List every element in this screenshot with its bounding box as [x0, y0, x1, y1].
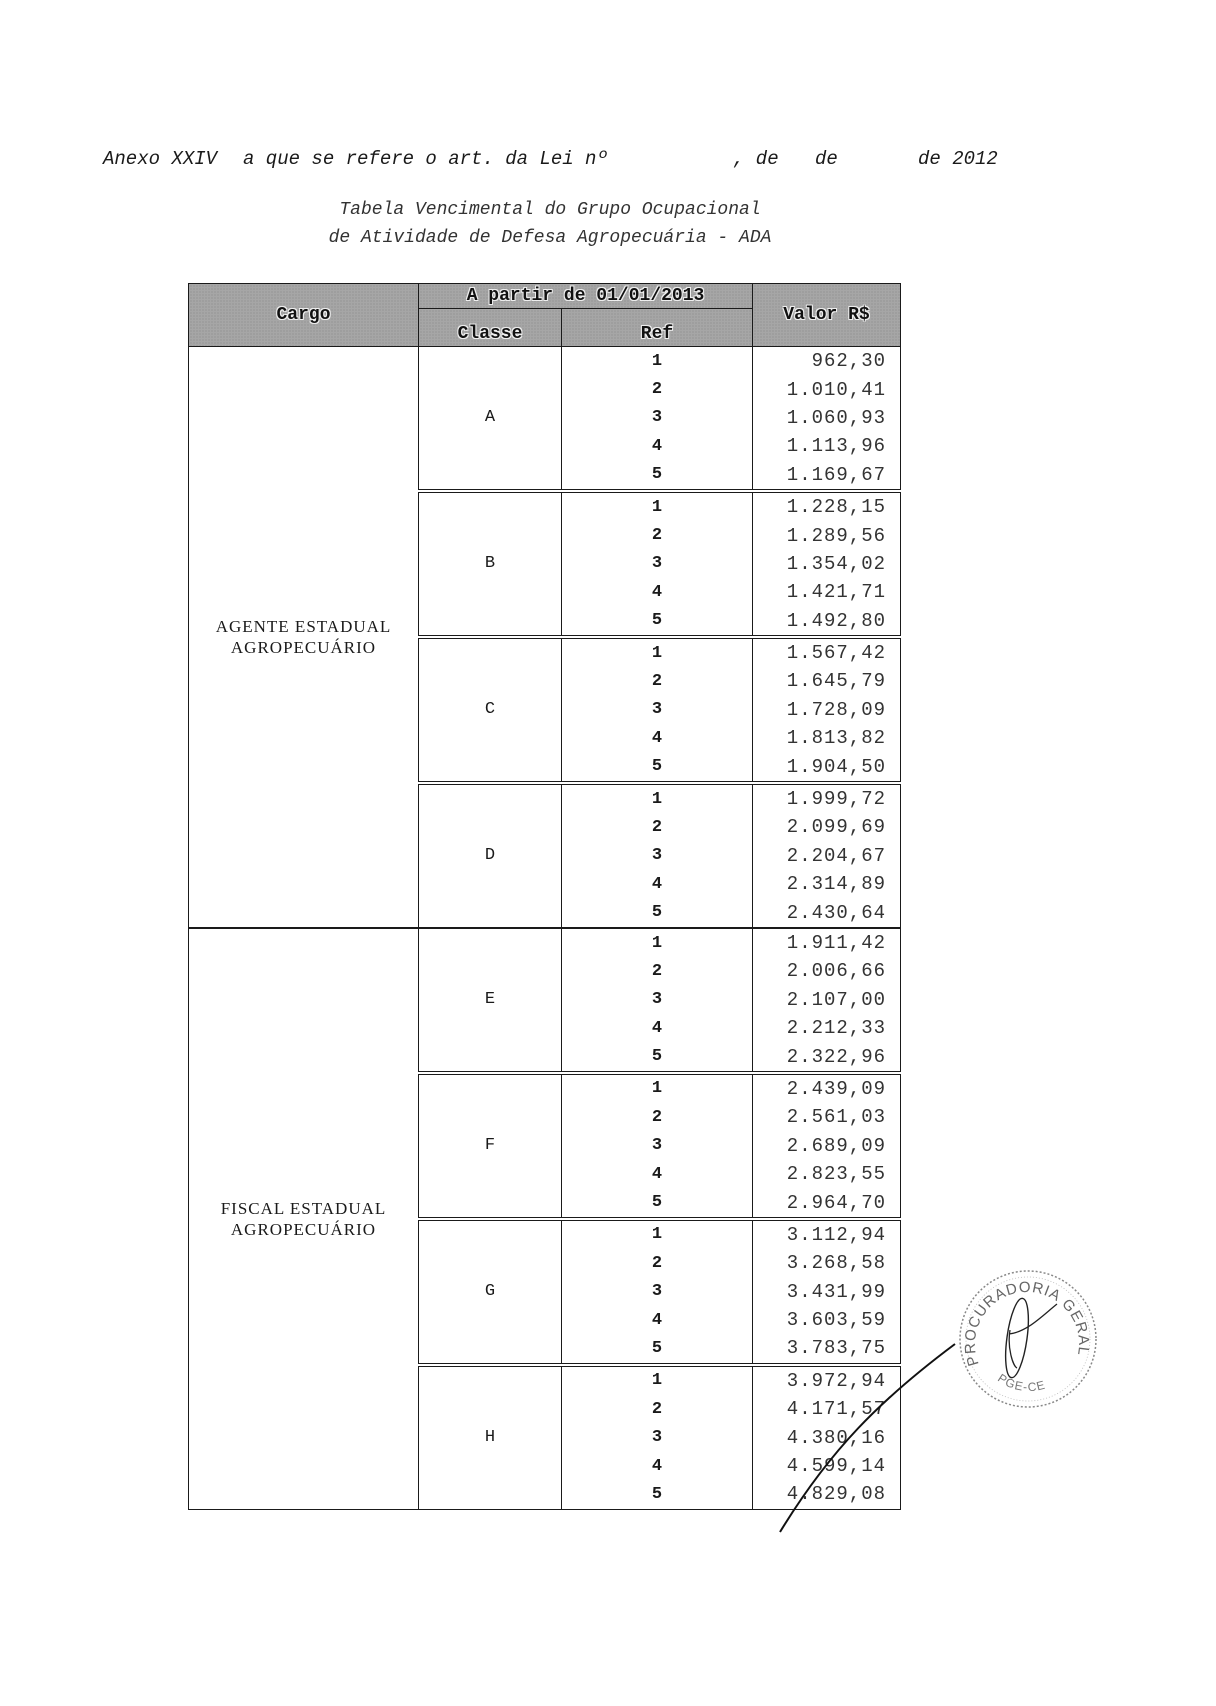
ref-cell: 2 [562, 813, 753, 841]
date-year: de 2012 [918, 148, 998, 170]
ref-cell: 2 [562, 667, 753, 695]
ref-cell: 2 [562, 957, 753, 985]
ref-cell: 2 [562, 375, 753, 403]
valor-cell: 4.171,57 [753, 1395, 901, 1423]
svg-text:PGE-CE: PGE-CE [995, 1371, 1047, 1394]
valor-cell: 1.567,42 [753, 637, 901, 667]
ref-cell: 3 [562, 1278, 753, 1306]
cargo-name-line2: AGROPECUÁRIO [189, 1219, 418, 1240]
valor-cell: 1.010,41 [753, 375, 901, 403]
cargo-cell: FISCAL ESTADUALAGROPECUÁRIO [189, 928, 419, 1509]
ref-cell: 5 [562, 1188, 753, 1218]
ref-cell: 2 [562, 1395, 753, 1423]
valor-cell: 1.999,72 [753, 783, 901, 813]
valor-cell: 1.228,15 [753, 491, 901, 521]
valor-cell: 4.599,14 [753, 1452, 901, 1480]
ref-cell: 1 [562, 491, 753, 521]
valor-cell: 1.289,56 [753, 521, 901, 549]
ref-cell: 1 [562, 783, 753, 813]
ref-cell: 3 [562, 550, 753, 578]
valor-cell: 2.823,55 [753, 1160, 901, 1188]
header-valor: Valor R$ [753, 284, 901, 347]
ref-cell: 2 [562, 521, 753, 549]
ref-cell: 1 [562, 637, 753, 667]
valor-cell: 1.060,93 [753, 404, 901, 432]
ref-cell: 3 [562, 696, 753, 724]
ref-cell: 4 [562, 432, 753, 460]
ref-cell: 3 [562, 986, 753, 1014]
classe-cell: G [419, 1219, 562, 1365]
cargo-name-line2: AGROPECUÁRIO [189, 637, 418, 658]
valor-cell: 2.322,96 [753, 1042, 901, 1072]
header-ref: Ref [562, 309, 753, 347]
classe-cell: D [419, 783, 562, 928]
valor-cell: 2.204,67 [753, 842, 901, 870]
valor-cell: 3.603,59 [753, 1306, 901, 1334]
ref-cell: 5 [562, 1480, 753, 1509]
ref-cell: 4 [562, 1014, 753, 1042]
ref-cell: 5 [562, 1042, 753, 1072]
ref-cell: 1 [562, 1365, 753, 1395]
table-body: AGENTE ESTADUALAGROPECUÁRIOA1962,3021.01… [189, 347, 901, 1510]
ref-cell: 2 [562, 1249, 753, 1277]
valor-cell: 4.380,16 [753, 1423, 901, 1451]
valor-cell: 1.492,80 [753, 607, 901, 637]
table-row: FISCAL ESTADUALAGROPECUÁRIOE11.911,42 [189, 928, 901, 957]
header-classe: Classe [419, 309, 562, 347]
valor-cell: 1.904,50 [753, 752, 901, 782]
cargo-name-line1: FISCAL ESTADUAL [189, 1198, 418, 1219]
ref-cell: 2 [562, 1103, 753, 1131]
ref-cell: 3 [562, 404, 753, 432]
date-month: de [815, 148, 838, 170]
ref-cell: 5 [562, 1334, 753, 1364]
valor-cell: 2.439,09 [753, 1073, 901, 1103]
header-period: A partir de 01/01/2013 [419, 284, 753, 309]
valor-cell: 3.431,99 [753, 1278, 901, 1306]
valor-cell: 4.829,08 [753, 1480, 901, 1509]
ref-cell: 4 [562, 1452, 753, 1480]
table-title-line2: de Atividade de Defesa Agropecuária - AD… [0, 228, 1100, 248]
ref-cell: 4 [562, 1160, 753, 1188]
ref-cell: 3 [562, 1132, 753, 1160]
classe-cell: E [419, 928, 562, 1073]
classe-cell: F [419, 1073, 562, 1219]
valor-cell: 2.107,00 [753, 986, 901, 1014]
valor-cell: 1.113,96 [753, 432, 901, 460]
valor-cell: 2.561,03 [753, 1103, 901, 1131]
valor-cell: 2.212,33 [753, 1014, 901, 1042]
table-title-line1: Tabela Vencimental do Grupo Ocupacional [0, 200, 1100, 220]
document-header: Anexo XXIV a que se refere o art. da Lei… [103, 148, 1023, 174]
ref-cell: 4 [562, 578, 753, 606]
valor-cell: 2.099,69 [753, 813, 901, 841]
valor-cell: 2.006,66 [753, 957, 901, 985]
classe-cell: A [419, 347, 562, 491]
valor-cell: 1.354,02 [753, 550, 901, 578]
ref-cell: 1 [562, 1219, 753, 1249]
classe-cell: B [419, 491, 562, 637]
ref-cell: 5 [562, 461, 753, 491]
header-cargo: Cargo [189, 284, 419, 347]
ref-cell: 3 [562, 842, 753, 870]
valor-cell: 1.813,82 [753, 724, 901, 752]
ref-cell: 1 [562, 347, 753, 376]
valor-cell: 1.911,42 [753, 928, 901, 957]
cargo-cell: AGENTE ESTADUALAGROPECUÁRIO [189, 347, 419, 928]
ref-cell: 4 [562, 724, 753, 752]
law-reference: a que se refere o art. da Lei nº [243, 148, 608, 170]
ref-cell: 4 [562, 870, 753, 898]
ref-cell: 5 [562, 752, 753, 782]
classe-cell: H [419, 1365, 562, 1509]
valor-cell: 3.112,94 [753, 1219, 901, 1249]
valor-cell: 2.689,09 [753, 1132, 901, 1160]
valor-cell: 3.972,94 [753, 1365, 901, 1395]
table-row: AGENTE ESTADUALAGROPECUÁRIOA1962,30 [189, 347, 901, 376]
cargo-name-line1: AGENTE ESTADUAL [189, 616, 418, 637]
valor-cell: 1.645,79 [753, 667, 901, 695]
valor-cell: 962,30 [753, 347, 901, 376]
valor-cell: 2.964,70 [753, 1188, 901, 1218]
ref-cell: 3 [562, 1423, 753, 1451]
date-day: , de [733, 148, 779, 170]
valor-cell: 2.430,64 [753, 898, 901, 927]
annex-number: Anexo XXIV [103, 148, 217, 170]
classe-cell: C [419, 637, 562, 783]
ref-cell: 4 [562, 1306, 753, 1334]
official-seal-icon: PROCURADORIA GERAL DO ESTADO PGE-CE [957, 1268, 1099, 1410]
ref-cell: 5 [562, 898, 753, 927]
valor-cell: 3.783,75 [753, 1334, 901, 1364]
ref-cell: 1 [562, 928, 753, 957]
valor-cell: 3.268,58 [753, 1249, 901, 1277]
ref-cell: 5 [562, 607, 753, 637]
salary-table: Cargo A partir de 01/01/2013 Valor R$ Cl… [188, 283, 900, 1510]
valor-cell: 1.421,71 [753, 578, 901, 606]
valor-cell: 1.728,09 [753, 696, 901, 724]
valor-cell: 1.169,67 [753, 461, 901, 491]
valor-cell: 2.314,89 [753, 870, 901, 898]
ref-cell: 1 [562, 1073, 753, 1103]
